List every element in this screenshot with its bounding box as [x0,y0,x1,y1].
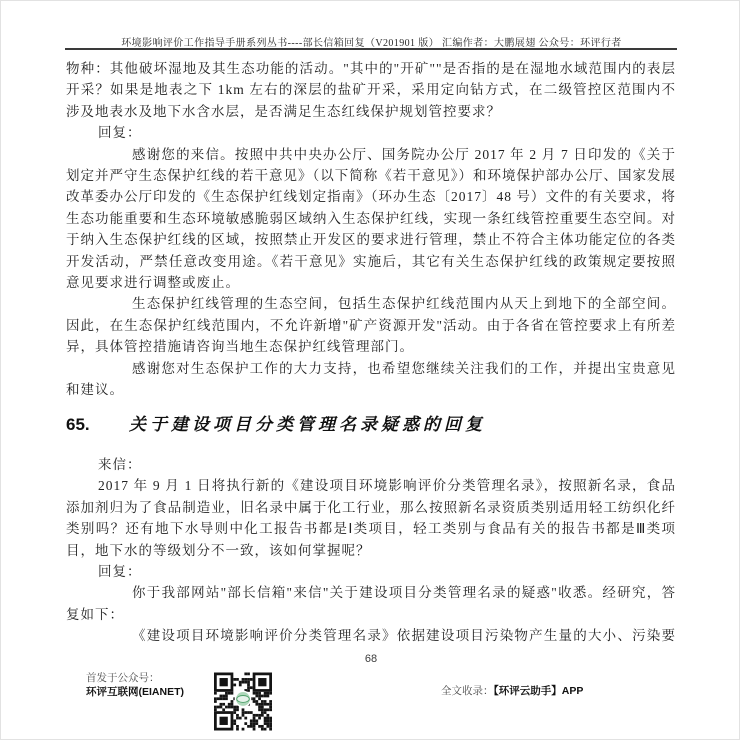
section-number: 65. [66,414,129,435]
footer-publisher: 首发于公众号： 环评互联网(EIANET) [86,672,184,699]
page-header: 环境影响评价工作指导手册系列丛书----部长信箱回复（V201901 版） 汇编… [66,34,677,49]
footer-collection-app: 【环评云助手】APP [494,685,584,697]
footer-collection-label: 全文收录： [441,685,494,697]
paragraph: 回复： [66,561,676,582]
section-64-continuation: 物种：其他破坏湿地及其生态功能的活动。"其中的"开矿""是否指的是在湿地水域范围… [66,58,676,401]
footer-publisher-name: 环评互联网(EIANET) [86,686,184,700]
page-number: 68 [1,653,740,665]
paragraph: 生态保护红线管理的生态空间，包括生态保护红线范围内从天上到地下的全部空间。因此，… [66,293,676,357]
paragraph: 你于我部网站"部长信箱"来信"关于建设项目分类管理名录的疑惑"收悉。经研究，答复… [66,582,676,625]
paragraph: 物种：其他破坏湿地及其生态功能的活动。"其中的"开矿""是否指的是在湿地水域范围… [66,58,676,122]
document-body: 物种：其他破坏湿地及其生态功能的活动。"其中的"开矿""是否指的是在湿地水域范围… [66,58,676,650]
paragraph: 《建设项目环境影响评价分类管理名录》依据建设项目污染物产生量的大小、污染要素复杂… [66,625,676,650]
paragraph: 回复： [66,122,676,143]
qr-code [214,672,272,731]
paragraph: 2017 年 9 月 1 日将执行新的《建设项目环境影响评价分类管理名录》，按照… [66,475,676,561]
paragraph: 感谢您的来信。按照中共中央办公厅、国务院办公厅 2017 年 2 月 7 日印发… [66,144,676,294]
footer-collection: 全文收录：【环评云助手】APP [441,683,583,698]
section-65-body: 来信：2017 年 9 月 1 日将执行新的《建设项目环境影响评价分类管理名录》… [66,454,676,650]
header-rule [65,48,677,50]
section-65-heading: 65.关于建设项目分类管理名录疑惑的回复 [66,414,676,435]
document-page: 环境影响评价工作指导手册系列丛书----部长信箱回复（V201901 版） 汇编… [0,0,740,740]
paragraph: 感谢您对生态保护工作的大力支持，也希望您继续关注我们的工作，并提出宝贵意见和建议… [66,358,676,401]
paragraph: 来信： [66,454,676,475]
section-title: 关于建设项目分类管理名录疑惑的回复 [129,415,486,434]
footer-publisher-label: 首发于公众号： [86,672,184,686]
